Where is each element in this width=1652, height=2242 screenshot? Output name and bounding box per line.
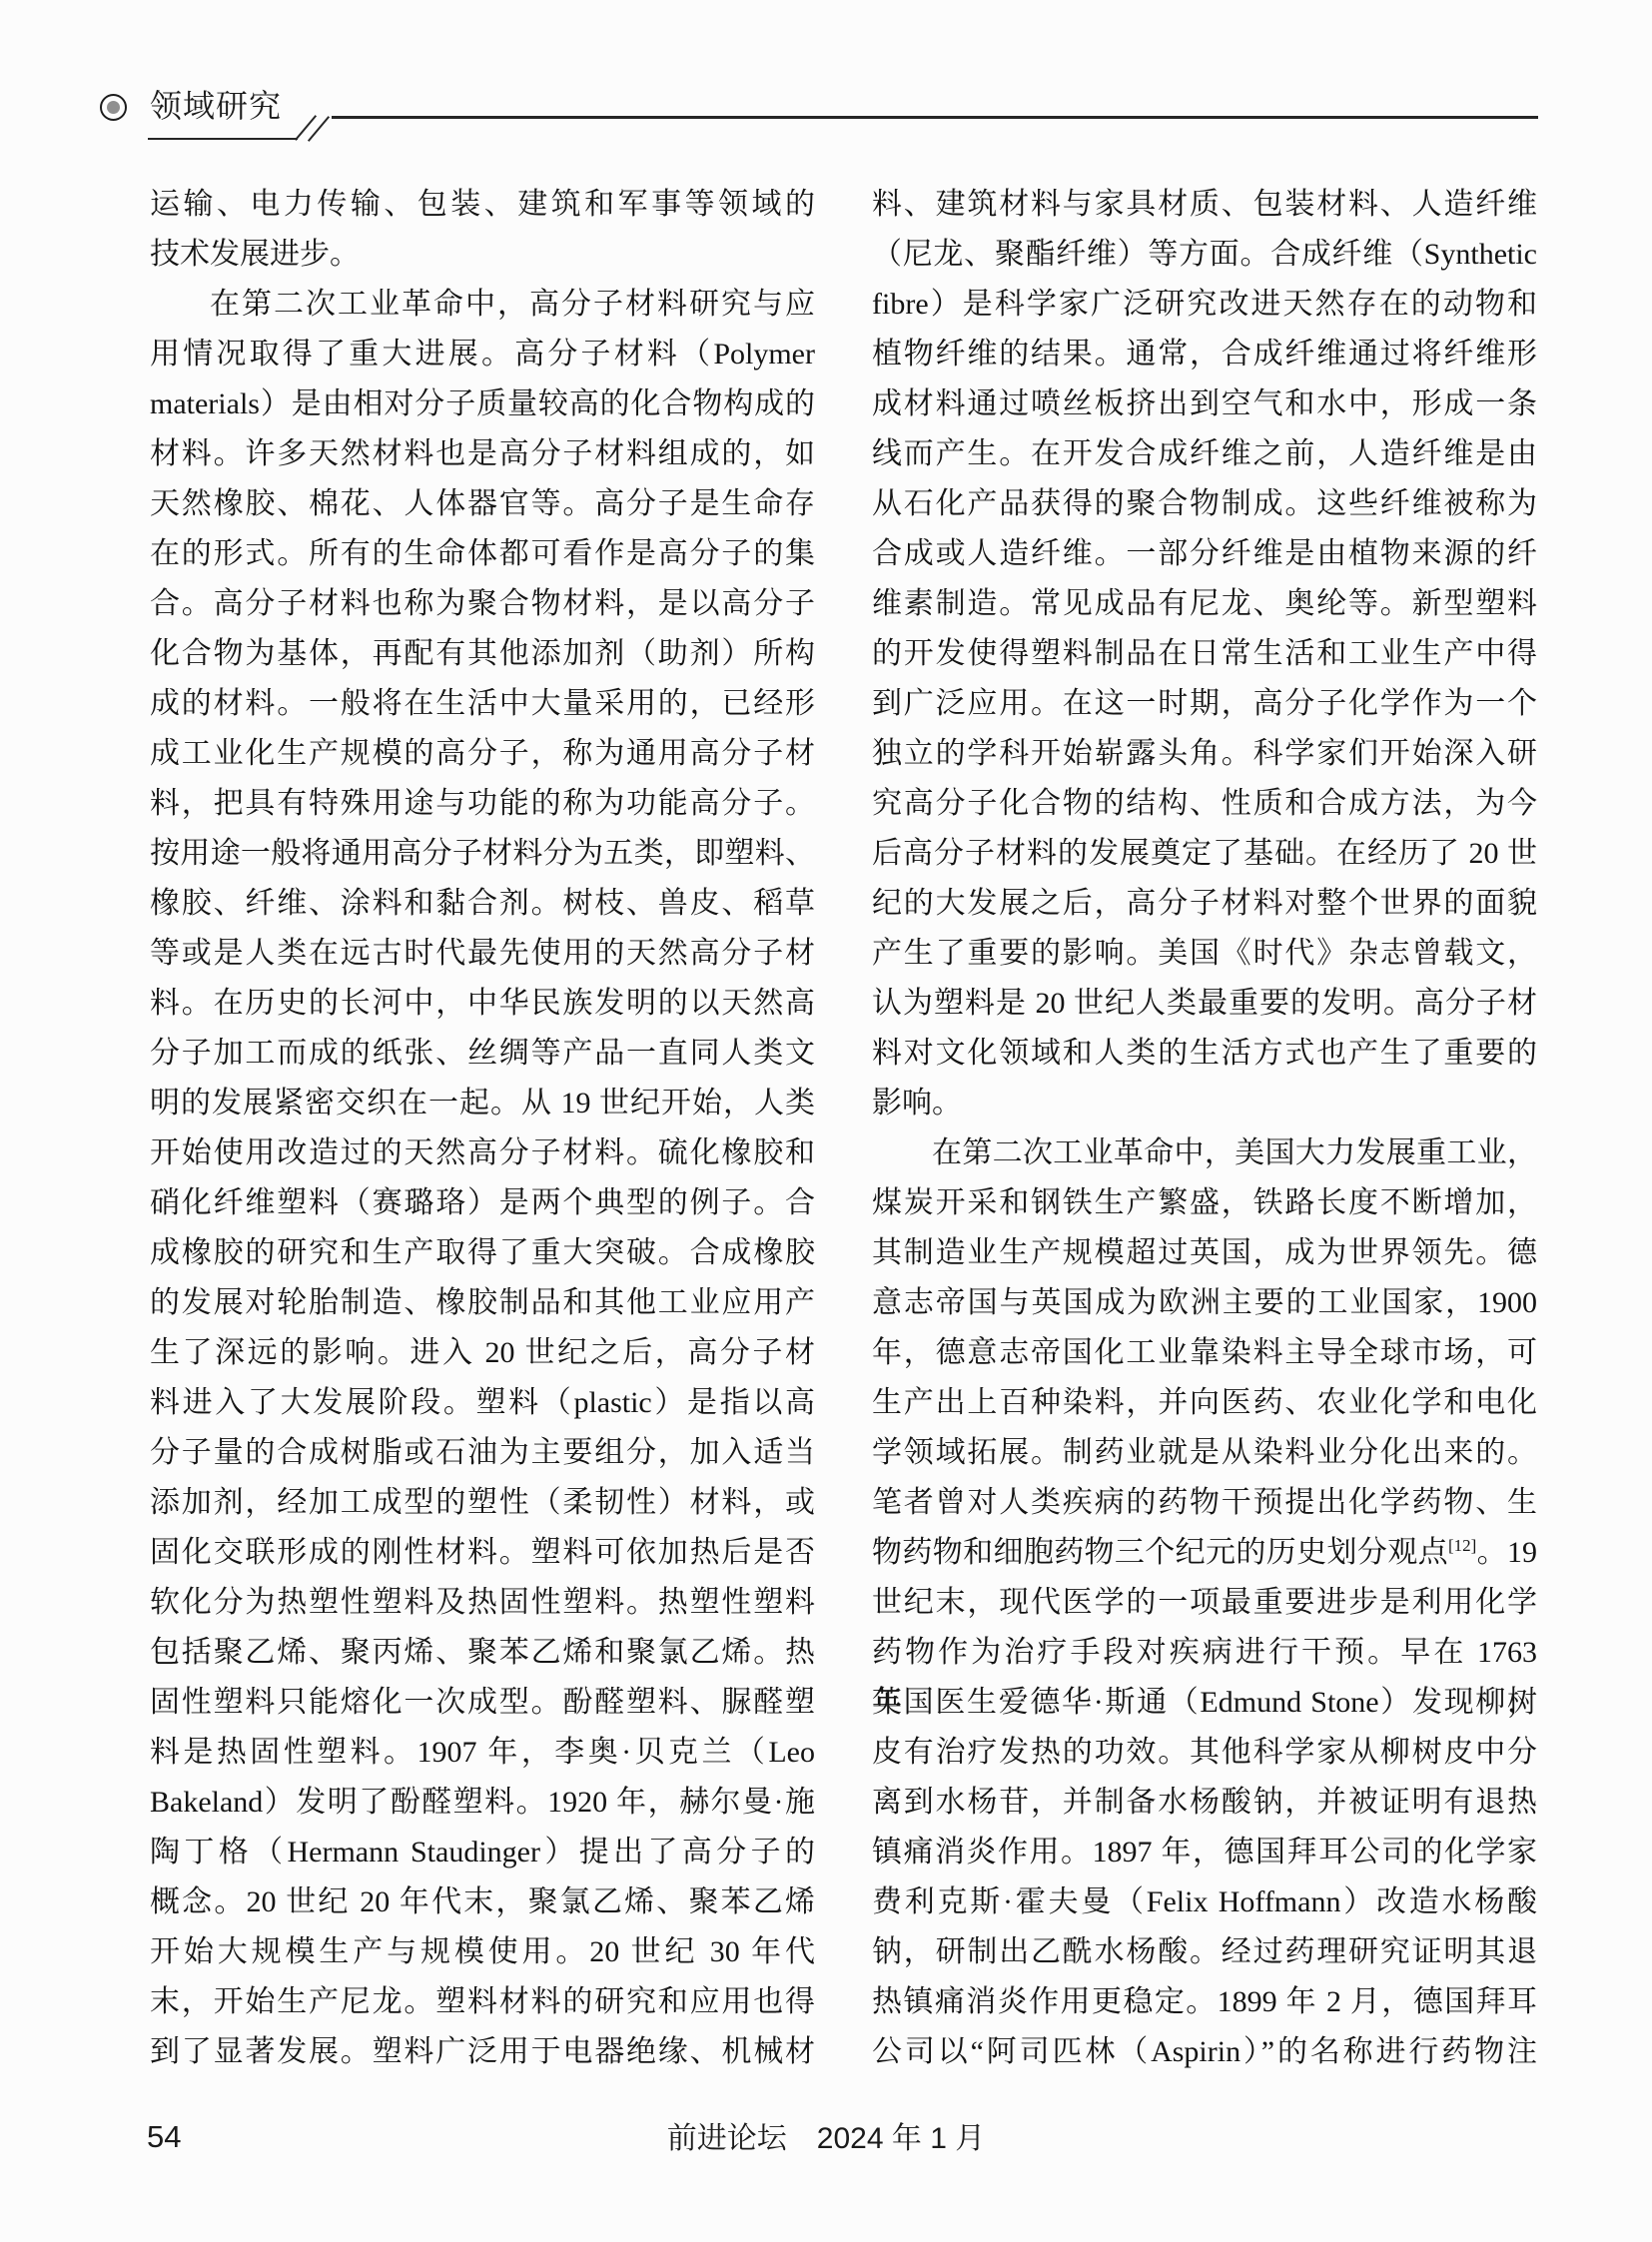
text-line: 用情况取得了重大进展。高分子材料（Polymer <box>150 330 815 379</box>
text-line: 硝化纤维塑料（赛璐珞）是两个典型的例子。合 <box>150 1178 815 1228</box>
right-text-column: 料、建筑材料与家具材质、包装材料、人造纤维（尼龙、聚酯纤维）等方面。合成纤维（S… <box>872 180 1537 2077</box>
text-line: 笔者曾对人类疾病的药物干预提出化学药物、生 <box>872 1478 1537 1528</box>
text-line: 煤炭开采和钢铁生产繁盛，铁路长度不断增加， <box>872 1178 1537 1228</box>
section-bullet-icon <box>100 94 127 121</box>
text-line: 料。在历史的长河中，中华民族发明的以天然高 <box>150 979 815 1029</box>
text-line: 分子加工而成的纸张、丝绸等产品一直同人类文 <box>150 1029 815 1079</box>
text-line: 固化交联形成的刚性材料。塑料可依加热后是否 <box>150 1528 815 1578</box>
text-line: 生产出上百种染料，并向医药、农业化学和电化 <box>872 1378 1537 1428</box>
text-line: 产生了重要的影响。美国《时代》杂志曾载文， <box>872 929 1537 979</box>
text-line: 年，德意志帝国化工业靠染料主导全球市场，可 <box>872 1328 1537 1378</box>
text-line: Bakeland）发明了酚醛塑料。1920 年，赫尔曼·施 <box>150 1778 815 1828</box>
text-line: 合成或人造纤维。一部分纤维是由植物来源的纤 <box>872 529 1537 579</box>
text-line: 世纪末，现代医学的一项最重要进步是利用化学 <box>872 1578 1537 1628</box>
text-line: 料是热固性塑料。1907 年，李奥·贝克兰（Leo <box>150 1728 815 1778</box>
text-line: 成材料通过喷丝板挤出到空气和水中，形成一条 <box>872 379 1537 429</box>
text-line: 橡胶、纤维、涂料和黏合剂。树枝、兽皮、稻草 <box>150 879 815 929</box>
text-line: 钠，研制出乙酰水杨酸。经过药理研究证明其退 <box>872 1927 1537 1977</box>
text-line: 末，开始生产尼龙。塑料材料的研究和应用也得 <box>150 1977 815 2027</box>
text-line: 等或是人类在远古时代最先使用的天然高分子材 <box>150 929 815 979</box>
text-line: 植物纤维的结果。通常，合成纤维通过将纤维形 <box>872 330 1537 379</box>
text-line: 生了深远的影响。进入 20 世纪之后，高分子材 <box>150 1328 815 1378</box>
text-line: 按用途一般将通用高分子材料分为五类，即塑料、 <box>150 829 815 879</box>
text-line: 意志帝国与英国成为欧洲主要的工业国家，1900 <box>872 1278 1537 1328</box>
text-line: 明的发展紧密交织在一起。从 19 世纪开始，人类 <box>150 1079 815 1128</box>
text-line: 物药物和细胞药物三个纪元的历史划分观点[12]。19 <box>872 1528 1537 1578</box>
text-line: 维素制造。常见成品有尼龙、奥纶等。新型塑料 <box>872 579 1537 629</box>
citation-ref: [12] <box>1448 1536 1476 1555</box>
text-line: 料，把具有特殊用途与功能的称为功能高分子。 <box>150 779 815 829</box>
header-slash-decoration <box>295 115 317 141</box>
text-line: 包括聚乙烯、聚丙烯、聚苯乙烯和聚氯乙烯。热 <box>150 1628 815 1678</box>
text-line: 化合物为基体，再配有其他添加剂（助剂）所构 <box>150 629 815 679</box>
text-line: 到了显著发展。塑料广泛用于电器绝缘、机械材 <box>150 2027 815 2077</box>
text-line: 运输、电力传输、包装、建筑和军事等领域的 <box>150 180 815 230</box>
text-line: 究高分子化合物的结构、性质和合成方法，为今 <box>872 779 1537 829</box>
text-line: 纪的大发展之后，高分子材料对整个世界的面貌 <box>872 879 1537 929</box>
text-line: 在第二次工业革命中，美国大力发展重工业， <box>872 1128 1537 1178</box>
text-line: 的发展对轮胎制造、橡胶制品和其他工业应用产 <box>150 1278 815 1328</box>
journal-footer: 前进论坛 2024 年 1 月 <box>0 2121 1652 2157</box>
text-line: 开始大规模生产与规模使用。20 世纪 30 年代 <box>150 1927 815 1977</box>
text-line: 费利克斯·霍夫曼（Felix Hoffmann）改造水杨酸 <box>872 1877 1537 1927</box>
text-line: materials）是由相对分子质量较高的化合物构成的 <box>150 379 815 429</box>
section-label: 领域研究 <box>150 86 282 126</box>
text-line: 从石化产品获得的聚合物制成。这些纤维被称为 <box>872 479 1537 529</box>
text-line: 陶丁格（Hermann Staudinger）提出了高分子的 <box>150 1828 815 1877</box>
text-line: 技术发展进步。 <box>150 230 815 280</box>
text-line: 影响。 <box>872 1079 1537 1128</box>
text-line: 成工业化生产规模的高分子，称为通用高分子材 <box>150 729 815 779</box>
text-line: 后高分子材料的发展奠定了基础。在经历了 20 世 <box>872 829 1537 879</box>
text-line: 料对文化领域和人类的生活方式也产生了重要的 <box>872 1029 1537 1079</box>
text-line: fibre）是科学家广泛研究改进天然存在的动物和 <box>872 280 1537 330</box>
text-line: 其制造业生产规模超过英国，成为世界领先。德 <box>872 1228 1537 1278</box>
text-line: 皮有治疗发热的功效。其他科学家从柳树皮中分 <box>872 1728 1537 1778</box>
text-line: 到广泛应用。在这一时期，高分子化学作为一个 <box>872 679 1537 729</box>
text-line: 离到水杨苷，并制备水杨酸钠，并被证明有退热 <box>872 1778 1537 1828</box>
text-line: 料进入了大发展阶段。塑料（plastic）是指以高 <box>150 1378 815 1428</box>
text-line: 概念。20 世纪 20 年代末，聚氯乙烯、聚苯乙烯 <box>150 1877 815 1927</box>
text-line: 线而产生。在开发合成纤维之前，人造纤维是由 <box>872 429 1537 479</box>
text-line: 热镇痛消炎作用更稳定。1899 年 2 月，德国拜耳 <box>872 1977 1537 2027</box>
text-line: 材料。许多天然材料也是高分子材料组成的，如 <box>150 429 815 479</box>
text-line: 英国医生爱德华·斯通（Edmund Stone）发现柳树 <box>872 1678 1537 1728</box>
text-line: 料、建筑材料与家具材质、包装材料、人造纤维 <box>872 180 1537 230</box>
text-line: 开始使用改造过的天然高分子材料。硫化橡胶和 <box>150 1128 815 1178</box>
text-line: 添加剂，经加工成型的塑性（柔韧性）材料，或 <box>150 1478 815 1528</box>
text-line: 学领域拓展。制药业就是从染料业分化出来的。 <box>872 1428 1537 1478</box>
text-line: 在第二次工业革命中，高分子材料研究与应 <box>150 280 815 330</box>
text-line: 天然橡胶、棉花、人体器官等。高分子是生命存 <box>150 479 815 529</box>
text-line: 镇痛消炎作用。1897 年，德国拜耳公司的化学家 <box>872 1828 1537 1877</box>
header-rule-long <box>332 116 1538 119</box>
text-line: 软化分为热塑性塑料及热固性塑料。热塑性塑料 <box>150 1578 815 1628</box>
text-line: 合。高分子材料也称为聚合物材料，是以高分子 <box>150 579 815 629</box>
text-line: 独立的学科开始崭露头角。科学家们开始深入研 <box>872 729 1537 779</box>
bullet-dot <box>107 101 120 114</box>
left-text-column: 运输、电力传输、包装、建筑和军事等领域的技术发展进步。在第二次工业革命中，高分子… <box>150 180 815 2077</box>
magazine-page: 领域研究 运输、电力传输、包装、建筑和军事等领域的技术发展进步。在第二次工业革命… <box>0 0 1652 2242</box>
header-rule-short <box>148 138 298 140</box>
text-line: 固性塑料只能熔化一次成型。酚醛塑料、脲醛塑 <box>150 1678 815 1728</box>
text-line: 认为塑料是 20 世纪人类最重要的发明。高分子材 <box>872 979 1537 1029</box>
text-line: （尼龙、聚酯纤维）等方面。合成纤维（Synthetic <box>872 230 1537 280</box>
text-line: 在的形式。所有的生命体都可看作是高分子的集 <box>150 529 815 579</box>
text-line: 的开发使得塑料制品在日常生活和工业生产中得 <box>872 629 1537 679</box>
text-line: 公司以“阿司匹林（Aspirin）”的名称进行药物注 <box>872 2027 1537 2077</box>
text-line: 分子量的合成树脂或石油为主要组分，加入适当 <box>150 1428 815 1478</box>
text-line: 成橡胶的研究和生产取得了重大突破。合成橡胶 <box>150 1228 815 1278</box>
text-line: 药物作为治疗手段对疾病进行干预。早在 1763 年， <box>872 1628 1537 1678</box>
text-line: 成的材料。一般将在生活中大量采用的，已经形 <box>150 679 815 729</box>
